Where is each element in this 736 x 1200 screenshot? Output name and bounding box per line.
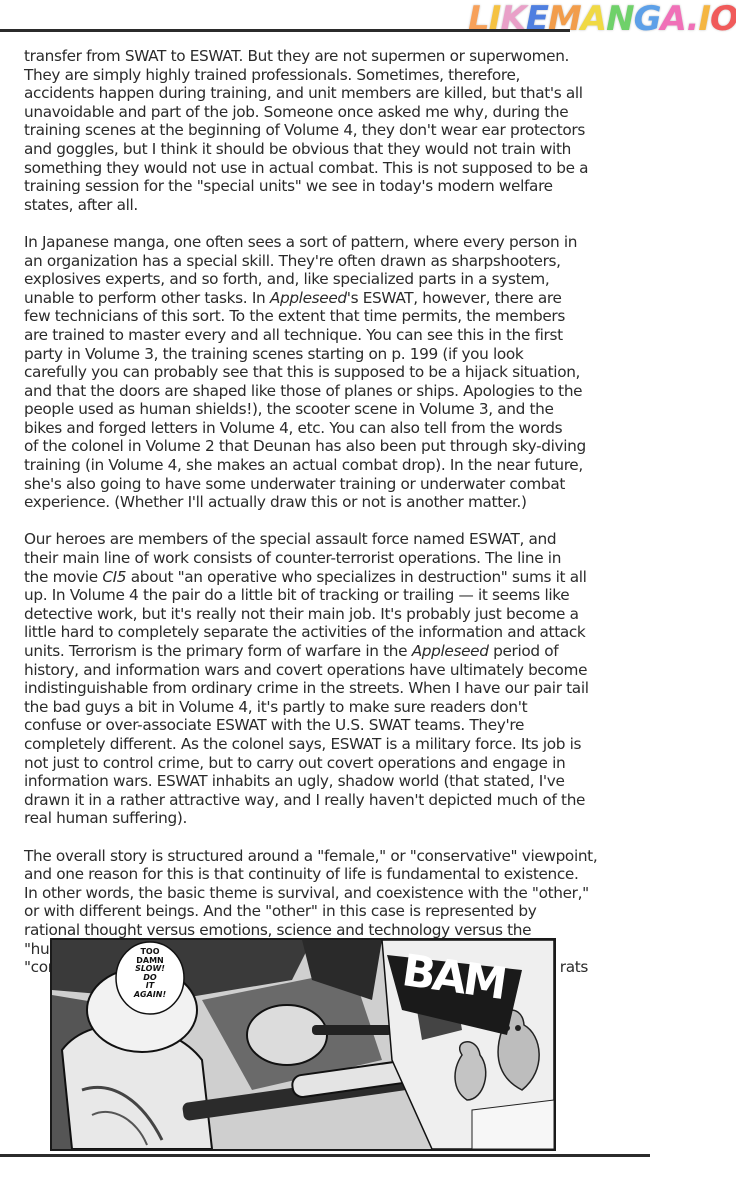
text-run: experience. (Whether I'll actually draw … [24, 493, 527, 511]
text-line: the bad guys a bit in Volume 4, it's par… [24, 698, 624, 717]
watermark-letter: A [660, 0, 686, 39]
text-line: history, and information wars and covert… [24, 661, 624, 680]
text-line: unavoidable and part of the job. Someone… [24, 103, 624, 122]
bottom-divider [0, 1154, 650, 1157]
text-line: In other words, the basic theme is survi… [24, 884, 624, 903]
text-line: experience. (Whether I'll actually draw … [24, 493, 624, 512]
text-line: They are simply highly trained professio… [24, 66, 624, 85]
text-run: explosives experts, and so forth, and, l… [24, 270, 549, 288]
text-run: training (in Volume 4, she makes an actu… [24, 456, 583, 474]
text-run: unable to perform other tasks. In [24, 289, 270, 307]
text-run: people used as human shields!), the scoo… [24, 400, 554, 418]
text-line: and goggles, but I think it should be ob… [24, 140, 624, 159]
text-line: explosives experts, and so forth, and, l… [24, 270, 624, 289]
watermark-letter: I [489, 0, 501, 39]
text-run: drawn it in a rather attractive way, and… [24, 791, 585, 809]
text-run: unavoidable and part of the job. Someone… [24, 103, 568, 121]
text-line: confuse or over-associate ESWAT with the… [24, 716, 624, 735]
text-run: units. Terrorism is the primary form of … [24, 642, 412, 660]
balloon-word: AGAIN! [132, 991, 168, 1000]
paragraph: Our heroes are members of the special as… [24, 530, 624, 828]
text-run: real human suffering). [24, 809, 187, 827]
text-run: indistinguishable from ordinary crime in… [24, 679, 589, 697]
text-run: training session for the "special units"… [24, 177, 553, 195]
text-line: not just to control crime, but to carry … [24, 754, 624, 773]
speech-balloon: TOODAMNSLOW!DOITAGAIN! [132, 948, 168, 999]
text-run: In other words, the basic theme is survi… [24, 884, 589, 902]
text-line: completely different. As the colonel say… [24, 735, 624, 754]
text-line: rational thought versus emotions, scienc… [24, 921, 624, 940]
italic-title: Appleseed [412, 642, 489, 660]
top-divider [0, 29, 570, 32]
watermark-letter: . [686, 0, 698, 39]
text-run: rational thought versus emotions, scienc… [24, 921, 531, 939]
text-run: completely different. As the colonel say… [24, 735, 581, 753]
text-line: information wars. ESWAT inhabits an ugly… [24, 772, 624, 791]
manga-panel-illustration: TOODAMNSLOW!DOITAGAIN! BAM [50, 938, 556, 1151]
text-run: the movie [24, 568, 102, 586]
text-run: party in Volume 3, the training scenes s… [24, 345, 523, 363]
text-line: unable to perform other tasks. In Apples… [24, 289, 624, 308]
text-line: their main line of work consists of coun… [24, 549, 624, 568]
text-line: carefully you can probably see that this… [24, 363, 624, 382]
text-line: of the colonel in Volume 2 that Deunan h… [24, 437, 624, 456]
text-line: an organization has a special skill. The… [24, 252, 624, 271]
watermark-letter: A [581, 0, 606, 39]
text-line: units. Terrorism is the primary form of … [24, 642, 624, 661]
text-run: of the colonel in Volume 2 that Deunan h… [24, 437, 586, 455]
text-line: transfer from SWAT to ESWAT. But they ar… [24, 47, 624, 66]
text-line: detective work, but it's really not thei… [24, 605, 624, 624]
text-run: history, and information wars and covert… [24, 661, 587, 679]
text-run: and that the doors are shaped like those… [24, 382, 582, 400]
text-run: their main line of work consists of coun… [24, 549, 561, 567]
text-line: drawn it in a rather attractive way, and… [24, 791, 624, 810]
italic-title: Appleseed [270, 289, 347, 307]
text-run: the bad guys a bit in Volume 4, it's par… [24, 698, 527, 716]
text-run: states, after all. [24, 196, 138, 214]
italic-title: CI5 [102, 568, 126, 586]
text-line: little hard to completely separate the a… [24, 623, 624, 642]
text-line: or with different beings. And the "other… [24, 902, 624, 921]
text-line: training scenes at the beginning of Volu… [24, 121, 624, 140]
text-run: They are simply highly trained professio… [24, 66, 520, 84]
paragraph: transfer from SWAT to ESWAT. But they ar… [24, 47, 624, 214]
text-run: The overall story is structured around a… [24, 847, 597, 865]
paragraph: In Japanese manga, one often sees a sort… [24, 233, 624, 512]
text-line: the movie CI5 about "an operative who sp… [24, 568, 624, 587]
text-line: people used as human shields!), the scoo… [24, 400, 624, 419]
watermark-letter: G [634, 0, 661, 39]
text-line: states, after all. [24, 196, 624, 215]
text-run: information wars. ESWAT inhabits an ugly… [24, 772, 565, 790]
text-line: training session for the "special units"… [24, 177, 624, 196]
text-run: detective work, but it's really not thei… [24, 605, 579, 623]
text-line: and that the doors are shaped like those… [24, 382, 624, 401]
text-line: she's also going to have some underwater… [24, 475, 624, 494]
text-line: Our heroes are members of the special as… [24, 530, 624, 549]
text-run: not just to control crime, but to carry … [24, 754, 565, 772]
text-line: party in Volume 3, the training scenes s… [24, 345, 624, 364]
text-line: The overall story is structured around a… [24, 847, 624, 866]
text-line: up. In Volume 4 the pair do a little bit… [24, 586, 624, 605]
text-run: 's ESWAT, however, there are [347, 289, 562, 307]
site-watermark: LIKEMANGA.IO [468, 0, 736, 38]
text-line: indistinguishable from ordinary crime in… [24, 679, 624, 698]
watermark-letter: K [500, 0, 525, 39]
text-run: up. In Volume 4 the pair do a little bit… [24, 586, 569, 604]
text-run: little hard to completely separate the a… [24, 623, 585, 641]
text-run: bikes and forged letters in Volume 4, et… [24, 419, 562, 437]
text-run: period of [489, 642, 559, 660]
text-line: something they would not use in actual c… [24, 159, 624, 178]
text-run: transfer from SWAT to ESWAT. But they ar… [24, 47, 569, 65]
text-run: or with different beings. And the "other… [24, 902, 537, 920]
text-run: confuse or over-associate ESWAT with the… [24, 716, 524, 734]
watermark-letter: L [468, 0, 489, 39]
text-run: an organization has a special skill. The… [24, 252, 561, 270]
text-run: about "an operative who specializes in d… [126, 568, 586, 586]
watermark-letter: M [548, 0, 581, 39]
text-line: accidents happen during training, and un… [24, 84, 624, 103]
text-run: are trained to master every and all tech… [24, 326, 563, 344]
text-run: and one reason for this is that continui… [24, 865, 579, 883]
watermark-letter: I [698, 0, 710, 39]
text-run: In Japanese manga, one often sees a sort… [24, 233, 577, 251]
watermark-letter: E [526, 0, 548, 39]
text-run: few technicians of this sort. To the ext… [24, 307, 565, 325]
text-run: Our heroes are members of the special as… [24, 530, 556, 548]
text-run: something they would not use in actual c… [24, 159, 588, 177]
text-line: few technicians of this sort. To the ext… [24, 307, 624, 326]
text-run: and goggles, but I think it should be ob… [24, 140, 571, 158]
text-run: she's also going to have some underwater… [24, 475, 565, 493]
text-line: and one reason for this is that continui… [24, 865, 624, 884]
text-line: real human suffering). [24, 809, 624, 828]
watermark-letter: N [606, 0, 633, 39]
article-body: transfer from SWAT to ESWAT. But they ar… [24, 47, 624, 977]
text-line: In Japanese manga, one often sees a sort… [24, 233, 624, 252]
watermark-letter: O [710, 0, 736, 39]
text-run: training scenes at the beginning of Volu… [24, 121, 585, 139]
text-line: are trained to master every and all tech… [24, 326, 624, 345]
text-run: accidents happen during training, and un… [24, 84, 583, 102]
text-run: carefully you can probably see that this… [24, 363, 580, 381]
text-line: training (in Volume 4, she makes an actu… [24, 456, 624, 475]
text-line: bikes and forged letters in Volume 4, et… [24, 419, 624, 438]
